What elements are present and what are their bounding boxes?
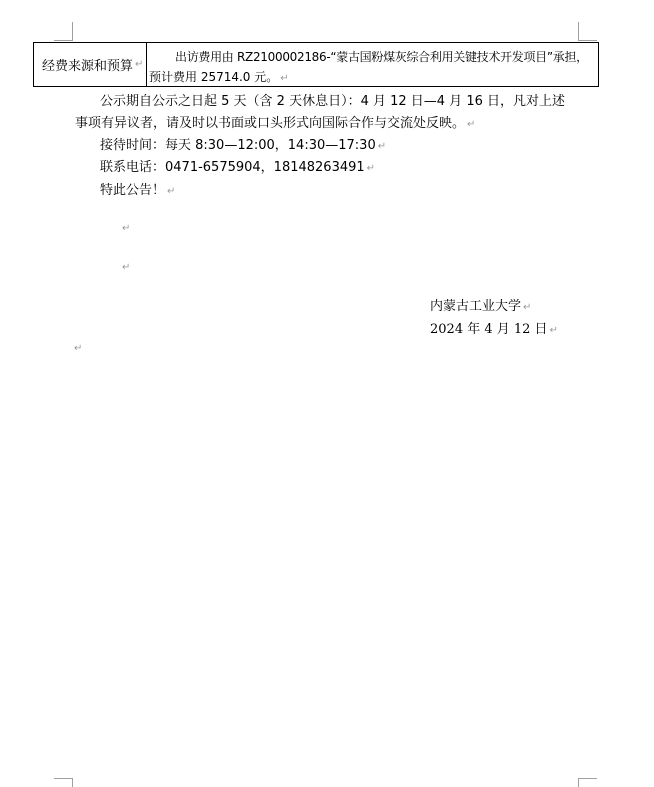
- paragraph-mark-icon: ↵: [367, 163, 375, 174]
- paragraph-mark-icon: ↵: [122, 223, 130, 234]
- budget-value-line2: 预计费用 25714.0 元。: [149, 70, 278, 84]
- paragraph-mark-icon: ↵: [135, 59, 143, 70]
- paragraph-mark-icon: ↵: [523, 302, 531, 313]
- budget-value-line1: 出访费用由 RZ2100002186-“蒙古国粉煤灰综合利用关键技术开发项目”承…: [151, 47, 594, 67]
- budget-value-cell[interactable]: 出访费用由 RZ2100002186-“蒙古国粉煤灰综合利用关键技术开发项目”承…: [147, 43, 598, 86]
- budget-label-cell[interactable]: 经费来源和预算↵: [34, 43, 147, 86]
- paragraph-mark-icon: ↵: [167, 186, 175, 197]
- page-corner-top-left: [54, 22, 73, 41]
- reception-time: 接待时间：每天 8:30—12:00，14:30—17:30: [100, 138, 376, 153]
- budget-label: 经费来源和预算: [42, 55, 133, 74]
- page-corner-bottom-right: [578, 778, 597, 787]
- contact-phone: 联系电话：0471-6575904，18148263491: [100, 160, 365, 175]
- paragraph-mark-icon: ↵: [378, 141, 386, 152]
- paragraph-mark-icon: ↵: [74, 343, 82, 354]
- page-corner-bottom-left: [54, 778, 73, 787]
- signature-organization: 内蒙古工业大学: [430, 299, 521, 314]
- notice-paragraph-line2: 事项有异议者，请及时以书面或口头形式向国际合作与交流处反映。: [75, 116, 465, 131]
- paragraph-mark-icon: ↵: [550, 325, 558, 336]
- closing-text: 特此公告！: [100, 183, 165, 198]
- budget-table: 经费来源和预算↵ 出访费用由 RZ2100002186-“蒙古国粉煤灰综合利用关…: [33, 42, 599, 87]
- paragraph-mark-icon: ↵: [280, 73, 288, 84]
- signature-date: 2024 年 4 月 12 日: [430, 322, 548, 337]
- paragraph-mark-icon: ↵: [122, 262, 130, 273]
- paragraph-mark-icon: ↵: [467, 119, 475, 130]
- page-corner-top-right: [578, 22, 597, 41]
- notice-paragraph-line1: 公示期自公示之日起 5 天（含 2 天休息日）：4 月 12 日—4 月 16 …: [100, 91, 565, 113]
